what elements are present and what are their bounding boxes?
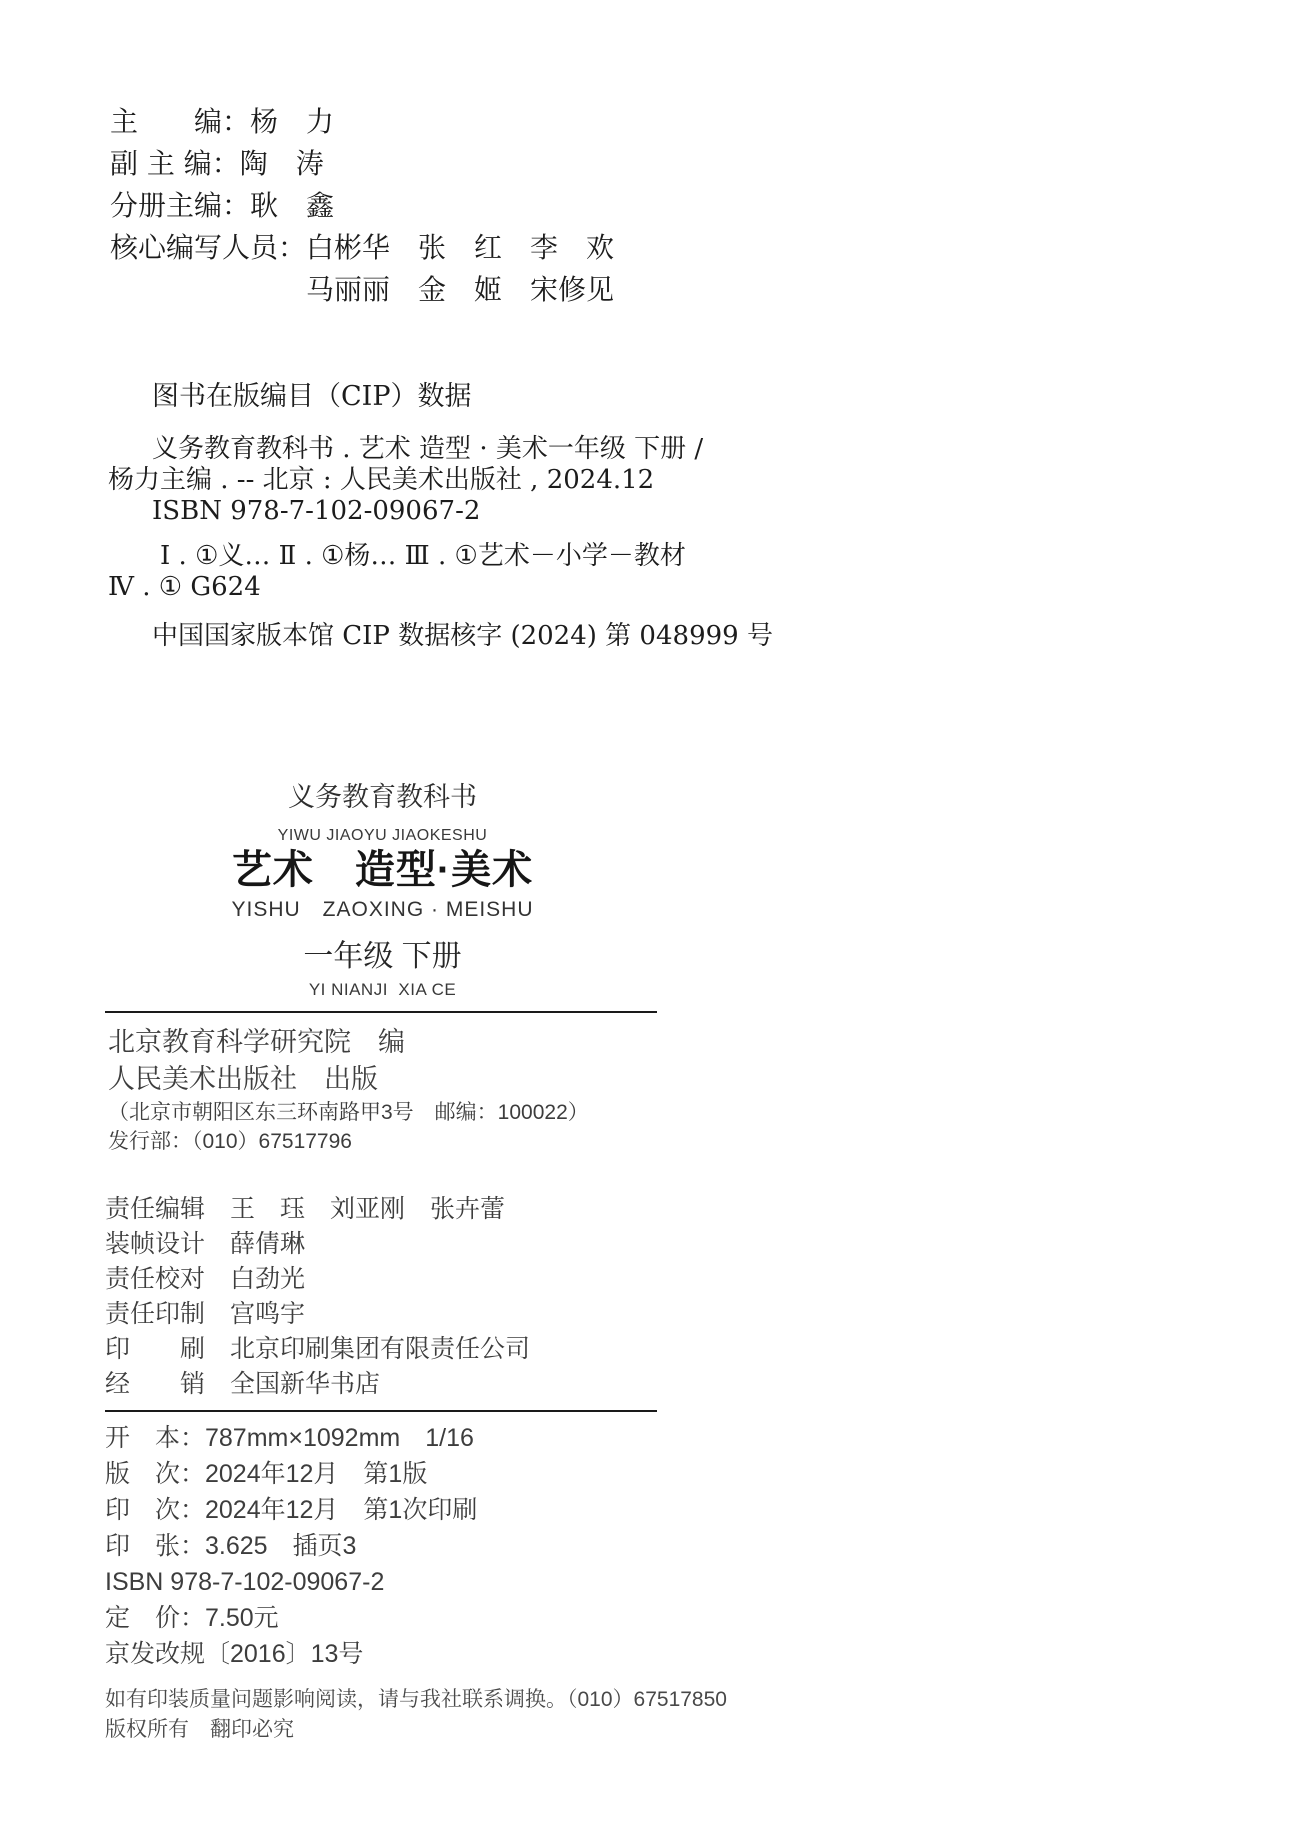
- print-supervisor-line: 责任印制 宫鸣宇: [105, 1297, 530, 1332]
- staff-block: 责任编辑 王 珏 刘亚刚 张卉蕾 装帧设计 薛倩琳 责任校对 白劲光 责任印制 …: [105, 1192, 530, 1402]
- divider-rule-top: [105, 1011, 657, 1013]
- cip-class-line-1: Ⅰ . ①义… Ⅱ . ①杨… Ⅲ . ①艺术－小学－教材: [108, 541, 686, 572]
- core-writers-line: 核心编写人员：白彬华 张 红 李 欢: [110, 227, 614, 269]
- distribution-phone: 发行部：（010）67517796: [108, 1130, 352, 1154]
- cip-bibliography: 义务教育教科书 . 艺术 造型 · 美术一年级 下册 / 杨力主编 . -- 北…: [108, 434, 703, 527]
- cip-heading: 图书在版编目（CIP）数据: [152, 380, 472, 413]
- grade-volume: 一年级 下册: [95, 940, 670, 974]
- quality-notice-line: 如有印装质量问题影响阅读，请与我社联系调换。（010）67517850: [105, 1685, 727, 1715]
- isbn-line: ISBN 978-7-102-09067-2: [105, 1564, 477, 1600]
- series-title: 义务教育教科书: [95, 782, 670, 812]
- compiling-org-line: 北京教育科学研究院 编: [108, 1027, 405, 1057]
- grade-volume-pinyin: YI NIANJI XIA CE: [95, 979, 670, 1001]
- deputy-editor-line: 副 主 编：陶 涛: [110, 143, 614, 185]
- price-line: 定 价：7.50元: [105, 1600, 477, 1636]
- series-title-pinyin: YIWU JIAOYU JIAOKESHU: [95, 826, 670, 846]
- approval-doc-line: 京发改规〔2016〕13号: [105, 1636, 477, 1672]
- print-metadata-block: 开 本：787mm×1092mm 1/16 版 次：2024年12月 第1版 印…: [105, 1420, 477, 1672]
- chief-editor-line: 主 编：杨 力: [110, 101, 614, 143]
- edition-line: 版 次：2024年12月 第1版: [105, 1456, 477, 1492]
- copyright-notice-line: 版权所有 翻印必究: [105, 1715, 727, 1745]
- format-line: 开 本：787mm×1092mm 1/16: [105, 1420, 477, 1456]
- editors-block: 主 编：杨 力 副 主 编：陶 涛 分册主编：耿 鑫 核心编写人员：白彬华 张 …: [110, 101, 614, 311]
- colophon-page: 主 编：杨 力 副 主 编：陶 涛 分册主编：耿 鑫 核心编写人员：白彬华 张 …: [0, 0, 1308, 1842]
- distributor-line: 经 销 全国新华书店: [105, 1367, 530, 1402]
- sheets-line: 印 张：3.625 插页3: [105, 1528, 477, 1564]
- book-title: 艺术 造型·美术: [95, 847, 670, 893]
- impression-line: 印 次：2024年12月 第1次印刷: [105, 1492, 477, 1528]
- notice-block: 如有印装质量问题影响阅读，请与我社联系调换。（010）67517850 版权所有…: [105, 1685, 727, 1745]
- responsible-editor-line: 责任编辑 王 珏 刘亚刚 张卉蕾: [105, 1192, 530, 1227]
- book-title-pinyin: YISHU ZAOXING · MEISHU: [95, 897, 670, 923]
- cip-bib-line-1: 义务教育教科书 . 艺术 造型 · 美术一年级 下册 /: [108, 434, 703, 465]
- cip-isbn-line: ISBN 978-7-102-09067-2: [108, 496, 703, 527]
- cip-bib-line-2: 杨力主编 . -- 北京 : 人民美术出版社 , 2024.12: [108, 465, 703, 496]
- divider-rule-bottom: [105, 1410, 657, 1412]
- binding-design-line: 装帧设计 薛倩琳: [105, 1227, 530, 1262]
- volume-editor-line: 分册主编：耿 鑫: [110, 185, 614, 227]
- core-writers-line-2: 马丽丽 金 姬 宋修见: [110, 269, 614, 311]
- publisher-address: （北京市朝阳区东三环南路甲3号 邮编：100022）: [108, 1101, 589, 1125]
- cip-registry-line: 中国国家版本馆 CIP 数据核字 (2024) 第 048999 号: [152, 620, 773, 652]
- printer-line: 印 刷 北京印刷集团有限责任公司: [105, 1332, 530, 1367]
- cip-class-line-2: Ⅳ . ① G624: [108, 572, 686, 603]
- cip-classification: Ⅰ . ①义… Ⅱ . ①杨… Ⅲ . ①艺术－小学－教材 Ⅳ . ① G624: [108, 541, 686, 603]
- proofreader-line: 责任校对 白劲光: [105, 1262, 530, 1297]
- publisher-org-line: 人民美术出版社 出版: [108, 1064, 378, 1094]
